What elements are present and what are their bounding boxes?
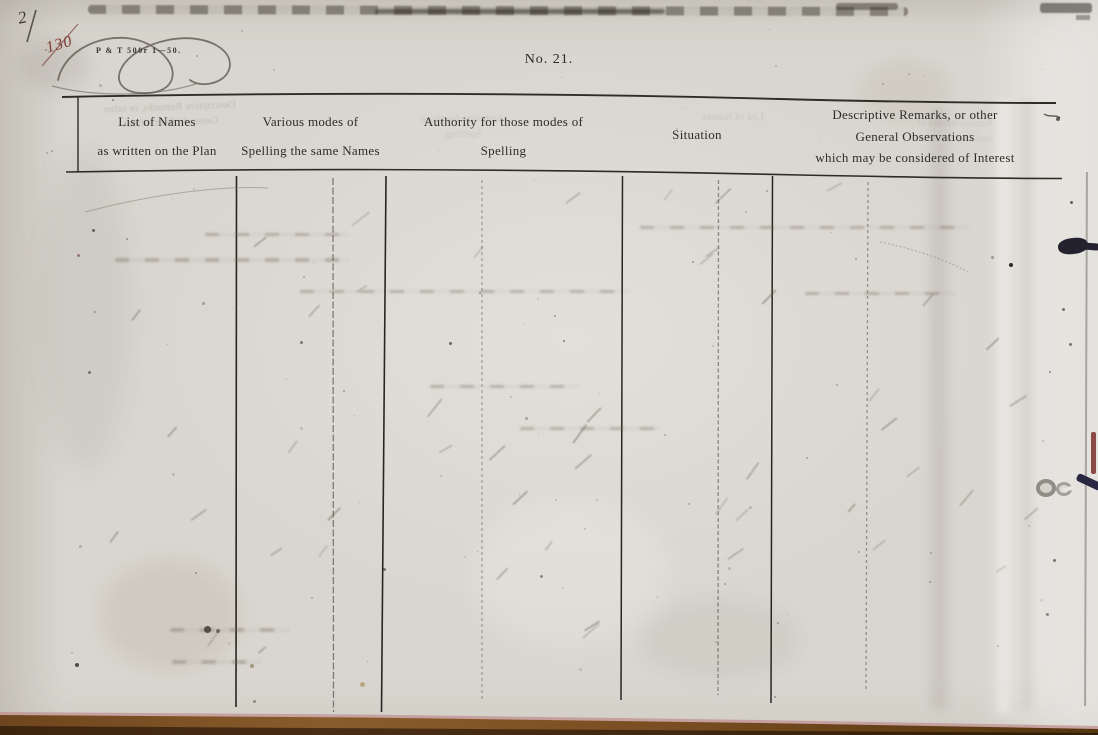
- paper-artifacts: [0, 0, 1098, 735]
- bleedthrough-stroke: [167, 426, 177, 438]
- bleedthrough-stroke: [545, 541, 553, 551]
- paper-speck: [991, 256, 994, 259]
- bleedthrough-stroke: [327, 507, 341, 521]
- bleedthrough-stroke: [881, 417, 898, 431]
- bleedthrough-smudge: [300, 290, 630, 293]
- paper-speck: [769, 29, 770, 30]
- paper-speck: [786, 613, 788, 615]
- paper-speck: [1040, 599, 1043, 602]
- ink-spot: [88, 371, 91, 374]
- bleedthrough-stroke: [131, 309, 141, 321]
- paper-speck: [311, 597, 313, 599]
- ink-spot: [253, 700, 256, 703]
- bleedthrough-stroke: [746, 462, 759, 480]
- bleedthrough-stroke: [1024, 507, 1039, 520]
- bleedthrough-stroke: [906, 466, 920, 477]
- ink-spot: [1053, 559, 1056, 562]
- bleedthrough-stroke: [586, 407, 601, 422]
- paper-speck: [622, 353, 623, 354]
- paper-speck: [228, 642, 231, 645]
- ink-spot: [1046, 613, 1049, 616]
- paper-speck: [555, 499, 557, 501]
- paper-speck: [112, 99, 114, 101]
- bleedthrough-stroke: [663, 189, 673, 201]
- paper-speck: [728, 567, 731, 570]
- paper-speck: [656, 596, 658, 598]
- bleedthrough-stroke: [287, 440, 297, 453]
- bleedthrough-smudge: [170, 628, 290, 632]
- ink-spot: [92, 229, 95, 232]
- paper-speck: [126, 238, 128, 240]
- bleedthrough-stroke: [253, 236, 267, 247]
- bleedthrough-stroke: [473, 245, 483, 258]
- bleedthrough-stroke: [308, 304, 320, 317]
- paper-speck: [676, 128, 678, 130]
- ink-spot: [563, 340, 565, 342]
- bleedthrough-stroke: [574, 454, 592, 470]
- bleedthrough-stroke: [827, 182, 843, 192]
- ink-spot: [540, 575, 543, 578]
- ink-spot: [1070, 201, 1073, 204]
- bleedthrough-stroke: [439, 444, 453, 453]
- bleedthrough-stroke: [270, 547, 283, 556]
- paper-speck: [724, 583, 726, 585]
- ink-spot: [77, 254, 80, 257]
- paper-speck: [300, 427, 303, 430]
- paper-speck: [810, 97, 811, 98]
- paper-speck: [688, 503, 690, 505]
- ink-spot: [300, 341, 303, 344]
- bleedthrough-smudge: [430, 385, 580, 388]
- paper-speck: [929, 581, 931, 583]
- paper-speck: [775, 65, 777, 67]
- ink-spot: [383, 568, 386, 571]
- paper-speck: [193, 188, 195, 190]
- paper-speck: [167, 344, 168, 345]
- ink-spot: [1069, 343, 1072, 346]
- bleedthrough-stroke: [735, 508, 749, 521]
- paper-speck: [745, 211, 747, 213]
- bleedthrough-smudge: [172, 660, 262, 664]
- paper-speck: [712, 345, 714, 347]
- bleedthrough-stroke: [996, 565, 1007, 573]
- paper-speck: [464, 556, 466, 558]
- bleedthrough-smudge: [205, 233, 350, 236]
- paper-speck: [777, 622, 779, 624]
- paper-speck: [99, 84, 102, 87]
- bleedthrough-stroke: [872, 539, 886, 550]
- bleedthrough-stroke: [715, 188, 732, 204]
- paper-speck: [774, 696, 776, 698]
- paper-speck: [692, 261, 694, 263]
- bleedthrough-stroke: [109, 531, 119, 543]
- paper-speck: [685, 315, 686, 316]
- paper-speck: [335, 322, 336, 323]
- paper-speck: [232, 307, 233, 308]
- paper-speck: [94, 311, 96, 313]
- ink-spot: [1009, 263, 1013, 267]
- paper-speck: [496, 277, 497, 278]
- ink-spot: [75, 663, 79, 667]
- binding-grommet: [1036, 479, 1056, 497]
- paper-speck: [622, 419, 623, 420]
- paper-speck: [359, 502, 360, 503]
- paper-speck: [313, 262, 314, 263]
- paper-speck: [599, 393, 600, 394]
- paper-speck: [749, 506, 752, 509]
- paper-speck: [997, 645, 999, 647]
- paper-speck: [806, 457, 808, 459]
- paper-speck: [908, 73, 910, 75]
- paper-speck: [510, 396, 512, 398]
- paper-speck: [766, 190, 768, 192]
- bleedthrough-smudge: [520, 427, 660, 430]
- ink-spot: [1056, 117, 1060, 121]
- bleedthrough-stroke: [761, 289, 776, 304]
- paper-speck: [303, 276, 305, 278]
- paper-speck: [71, 652, 73, 654]
- paper-speck: [538, 433, 539, 434]
- paper-speck: [367, 661, 368, 662]
- paper-speck: [285, 378, 287, 380]
- paper-speck: [596, 499, 598, 501]
- paper-speck: [1028, 525, 1030, 527]
- paper-speck: [836, 384, 838, 386]
- paper-speck: [172, 473, 175, 476]
- paper-speck: [831, 232, 832, 233]
- bleedthrough-stroke: [512, 490, 528, 505]
- paper-speck: [858, 551, 860, 553]
- paper-speck: [664, 434, 666, 436]
- paper-speck: [241, 30, 243, 32]
- bleedthrough-stroke: [190, 509, 206, 521]
- paper-speck: [537, 298, 539, 300]
- paper-speck: [354, 415, 355, 416]
- paper-speck: [534, 179, 535, 180]
- paper-speck: [554, 315, 556, 317]
- bleedthrough-stroke: [351, 211, 370, 226]
- paper-speck: [525, 417, 528, 420]
- bleedthrough-stroke: [868, 388, 879, 402]
- paper-speck: [562, 587, 564, 589]
- paper-speck: [930, 552, 932, 554]
- paper-speck: [561, 77, 562, 78]
- paper-speck: [820, 137, 821, 138]
- bleedthrough-stroke: [427, 398, 442, 417]
- paper-speck: [924, 75, 925, 76]
- bleedthrough-stroke: [727, 548, 744, 560]
- ink-spot: [1049, 371, 1051, 373]
- bleedthrough-stroke: [922, 293, 934, 306]
- bleedthrough-stroke: [1009, 395, 1027, 407]
- paper-speck: [524, 323, 525, 324]
- scanned-register-page: 2 130 P & T 500r 1—50. No. 21. List of N…: [0, 0, 1098, 735]
- bleedthrough-stroke: [986, 337, 1000, 350]
- bleedthrough-smudge: [640, 226, 970, 229]
- paper-speck: [479, 292, 481, 294]
- paper-speck: [584, 528, 586, 530]
- paper-speck: [45, 49, 47, 51]
- paper-speck: [343, 390, 345, 392]
- paper-speck: [685, 107, 686, 108]
- paper-speck: [172, 198, 173, 199]
- ink-spot: [216, 629, 220, 633]
- paper-speck: [1042, 440, 1044, 442]
- paper-speck: [855, 258, 857, 260]
- paper-speck: [51, 150, 53, 152]
- paper-speck: [196, 55, 198, 57]
- bleedthrough-stroke: [496, 567, 508, 580]
- binding-edge-sliver: [1091, 432, 1096, 474]
- paper-speck: [1042, 69, 1043, 70]
- binding-cord-top-tail: [1080, 242, 1098, 250]
- paper-speck: [202, 302, 205, 305]
- paper-speck: [477, 551, 478, 552]
- paper-speck: [195, 572, 197, 574]
- bleedthrough-stroke: [959, 489, 974, 506]
- ink-spot: [449, 342, 452, 345]
- ink-spot: [1062, 308, 1065, 311]
- bleedthrough-smudge: [115, 258, 350, 262]
- paper-speck: [579, 668, 582, 671]
- paper-speck: [715, 641, 717, 643]
- paper-speck: [438, 150, 439, 151]
- paper-speck: [79, 545, 82, 548]
- bleedthrough-stroke: [488, 445, 505, 461]
- bleedthrough-stroke: [565, 192, 580, 204]
- ink-spot: [250, 664, 254, 668]
- ink-spot: [204, 626, 211, 633]
- paper-speck: [46, 152, 48, 154]
- bleedthrough-stroke: [715, 497, 728, 515]
- bleedthrough-smudge: [805, 292, 955, 295]
- bleedthrough-stroke: [847, 503, 855, 512]
- paper-speck: [273, 69, 275, 71]
- paper-speck: [882, 83, 884, 85]
- bleedthrough-stroke: [258, 646, 266, 654]
- ink-spot: [360, 682, 365, 687]
- paper-speck: [440, 475, 442, 477]
- bleedthrough-stroke: [318, 545, 328, 557]
